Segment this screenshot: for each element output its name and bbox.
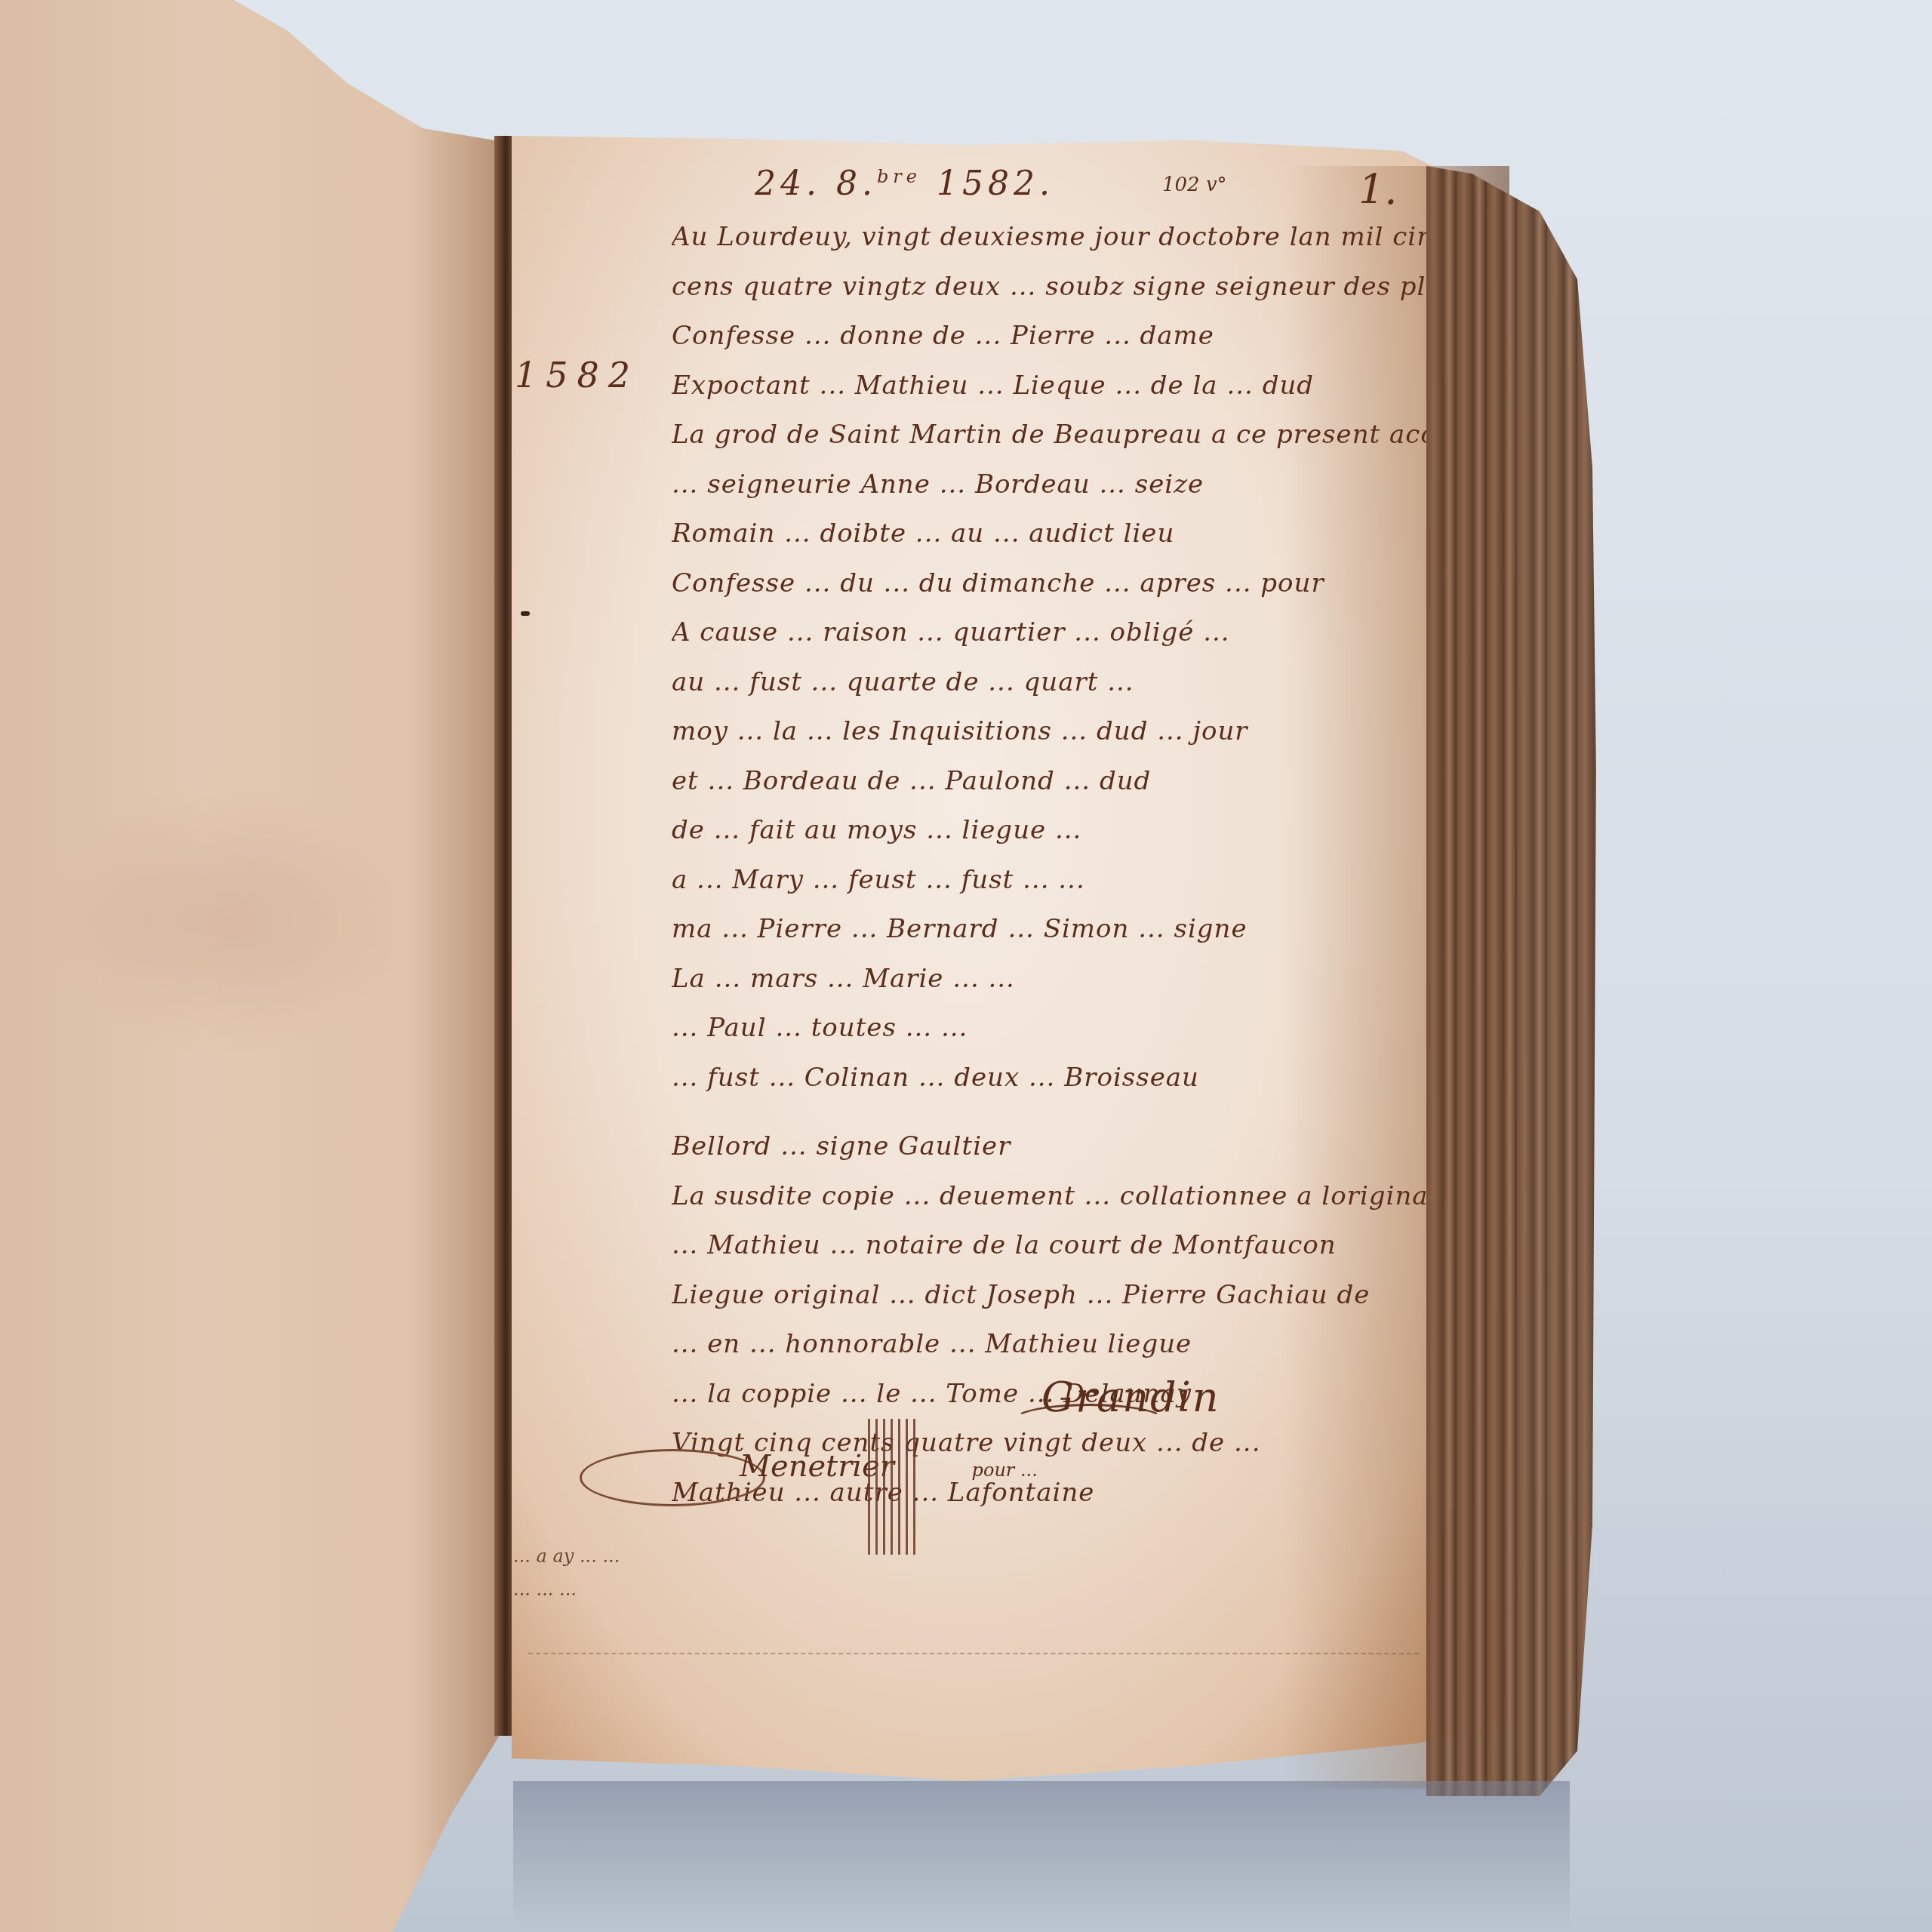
text-line: La grod de Saint Martin de Beaupreau a c… (672, 411, 1426, 460)
text-line: au ... fust ... quarte de ... quart ... (672, 658, 1426, 708)
folio-number: 1. (1358, 166, 1398, 214)
text-line: a ... Mary ... feust ... fust ... ... (672, 856, 1426, 906)
text-line: cens quatre vingtz deux ... soubz signe … (672, 263, 1426, 312)
text-line: La ... mars ... Marie ... ... (672, 955, 1426, 1004)
text-line: et ... Bordeau de ... Paulond ... dud (672, 757, 1426, 807)
text-line: Confesse ... donne de ... Pierre ... dam… (672, 312, 1426, 361)
signature-flourish-loop (580, 1449, 765, 1506)
text-line: ma ... Pierre ... Bernard ... Simon ... … (672, 905, 1426, 955)
left-page (0, 0, 513, 1932)
book-fore-edge (1426, 166, 1600, 1796)
margin-note-line: ... a ay ... ... (513, 1540, 620, 1573)
signature-grandin: Grandin (1041, 1374, 1220, 1421)
text-line: ... seigneurie Anne ... Bordeau ... seiz… (672, 460, 1426, 510)
text-line: Expoctant ... Mathieu ... Lieque ... de … (672, 361, 1426, 411)
header-date-month-sup: bre (877, 166, 921, 187)
text-line: Bellord ... signe Gaultier (672, 1122, 1426, 1172)
text-line: Au Lourdeuy, vingt deuxiesme jour doctob… (672, 213, 1426, 263)
margin-note: ... a ay ... ... ... ... ... (513, 1540, 620, 1606)
text-line: moy ... la ... les Inquisitions ... dud … (672, 707, 1426, 757)
ink-mark (521, 611, 530, 616)
margin-year: 1582 (515, 355, 639, 395)
header-date-day: 24. 8. (755, 165, 877, 203)
signature-paraph (868, 1419, 921, 1555)
text-line: A cause ... raison ... quartier ... obli… (672, 608, 1426, 658)
book-shadow (513, 1781, 1570, 1932)
folio-reference: 102 v° (1162, 174, 1227, 196)
text-line: ... Paul ... toutes ... ... (672, 1004, 1426, 1054)
header-date-year: 1582. (937, 165, 1054, 203)
signature-menetrier-suffix: pour ... (972, 1460, 1038, 1481)
text-line: ... Mathieu ... notaire de la court de M… (672, 1221, 1426, 1271)
text-line: Confesse ... du ... du dimanche ... apre… (672, 559, 1426, 609)
text-line: ... en ... honnorable ... Mathieu liegue (672, 1320, 1426, 1370)
header-date: 24. 8.bre 1582. (755, 165, 1054, 203)
text-line: La susdite copie ... deuement ... collat… (672, 1172, 1426, 1222)
manuscript-photo: 24. 8.bre 1582. 102 v° 1. 1582 Au Lourde… (0, 0, 1932, 1932)
text-line: Romain ... doibte ... au ... audict lieu (672, 509, 1426, 559)
text-line: de ... fait au moys ... liegue ... (672, 806, 1426, 856)
handwritten-body: Au Lourdeuy, vingt deuxiesme jour doctob… (672, 213, 1426, 1518)
text-line: Liegue original ... dict Joseph ... Pier… (672, 1271, 1426, 1321)
page-crease (528, 1653, 1419, 1654)
margin-note-line: ... ... ... (513, 1573, 620, 1606)
text-line: ... fust ... Colinan ... deux ... Broiss… (672, 1054, 1426, 1103)
